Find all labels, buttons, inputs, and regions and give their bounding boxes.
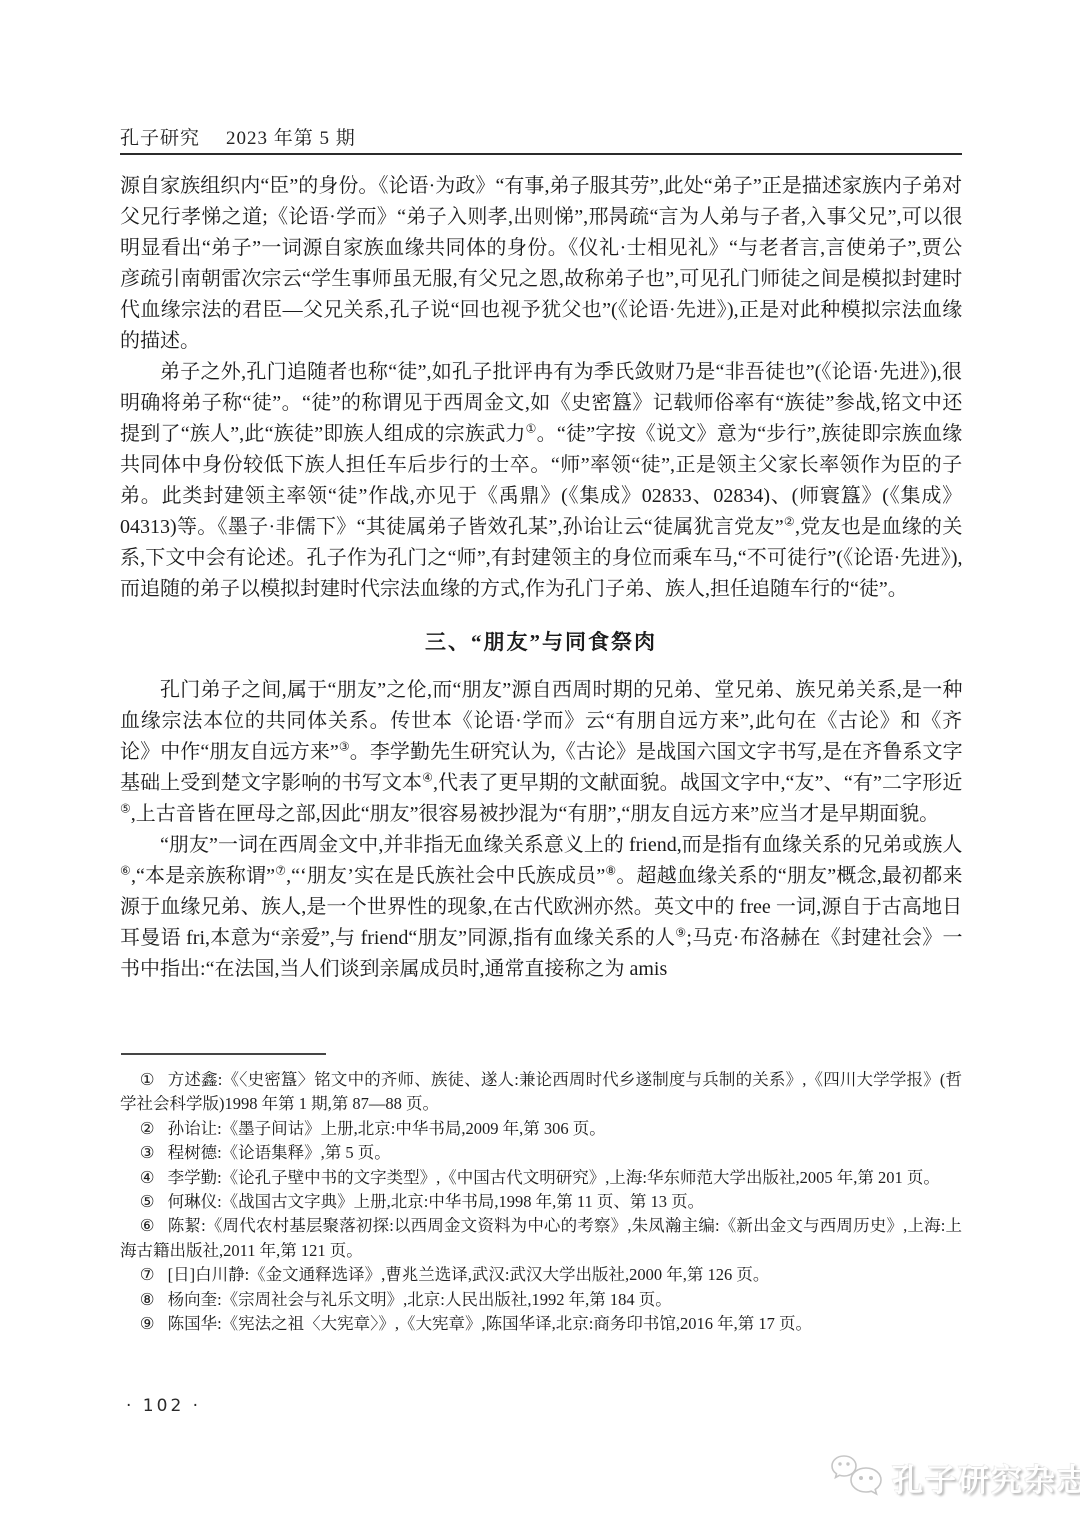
footnote-reference: ③ <box>339 739 350 753</box>
footnote-marker: ③ <box>140 1143 168 1162</box>
footnote-text: 何琳仪:《战国古文字典》上册,北京:中华书局,1998 年,第 11 页、第 1… <box>168 1192 705 1211</box>
section-heading: 三、“朋友”与同食祭肉 <box>120 627 962 658</box>
paragraph: 弟子之外,孔门追随者也称“徒”,如孔子批评冉有为季氏敛财乃是“非吾徒也”(《论语… <box>120 357 962 605</box>
footnote-text: 杨向奎:《宗周社会与礼乐文明》,北京:人民出版社,1992 年,第 184 页。 <box>168 1290 672 1309</box>
paragraph: 源自家族组织内“臣”的身份。《论语·为政》“有事,弟子服其劳”,此处“弟子”正是… <box>120 171 962 357</box>
footnote-divider <box>121 1053 326 1055</box>
watermark-label: 孔子研究杂志 <box>892 1455 1080 1500</box>
footnote-marker: ⑧ <box>140 1290 168 1309</box>
footnote-text: 陈国华:《宪法之祖〈大宪章〉》,《大宪章》,陈国华译,北京:商务印书馆,2016… <box>168 1314 812 1333</box>
footnote-reference: ⑤ <box>120 801 131 815</box>
footnote: ⑥陈絜:《周代农村基层聚落初探:以西周金文资料为中心的考察》,朱凤瀚主编:《新出… <box>120 1214 962 1263</box>
footnote-marker: ⑤ <box>140 1192 168 1211</box>
footnote-text: 李学勤:《论孔子壁中书的文字类型》,《中国古代文明研究》,上海:华东师范大学出版… <box>168 1168 940 1187</box>
footnote: ①方述鑫:《〈史密簋〉铭文中的齐师、族徒、遂人:兼论西周时代乡遂制度与兵制的关系… <box>120 1068 962 1117</box>
footnote-reference: ⑧ <box>605 863 616 877</box>
footnote-text: 方述鑫:《〈史密簋〉铭文中的齐师、族徒、遂人:兼论西周时代乡遂制度与兵制的关系》… <box>120 1070 962 1113</box>
article-body: 源自家族组织内“臣”的身份。《论语·为政》“有事,弟子服其劳”,此处“弟子”正是… <box>120 171 962 985</box>
footnote-marker: ⑦ <box>140 1265 168 1284</box>
footnote-marker: ② <box>140 1119 168 1138</box>
footnote-marker: ① <box>140 1070 168 1089</box>
footnote: ③程树德:《论语集释》,第 5 页。 <box>120 1141 962 1165</box>
wechat-icon <box>830 1454 884 1500</box>
footnote-text: 陈絜:《周代农村基层聚落初探:以西周金文资料为中心的考察》,朱凤瀚主编:《新出金… <box>120 1216 962 1259</box>
footnote: ④李学勤:《论孔子壁中书的文字类型》,《中国古代文明研究》,上海:华东师范大学出… <box>120 1166 962 1190</box>
footnote-reference: ⑦ <box>275 863 286 877</box>
running-head: 孔子研究2023 年第 5 期 <box>120 123 356 150</box>
footnote-marker: ④ <box>140 1168 168 1187</box>
journal-title: 孔子研究 <box>120 128 200 149</box>
footnote: ⑨陈国华:《宪法之祖〈大宪章〉》,《大宪章》,陈国华译,北京:商务印书馆,201… <box>120 1312 962 1336</box>
footnote-reference: ④ <box>422 770 433 784</box>
page-number: · 102 · <box>126 1396 201 1416</box>
footnote-text: [日]白川静:《金文通释选译》,曹兆兰选译,武汉:武汉大学出版社,2000 年,… <box>168 1265 770 1284</box>
watermark: 孔子研究杂志 <box>830 1454 1080 1500</box>
footnote: ⑦[日]白川静:《金文通释选译》,曹兆兰选译,武汉:武汉大学出版社,2000 年… <box>120 1263 962 1287</box>
footnote-marker: ⑥ <box>140 1216 168 1235</box>
footnote: ⑧杨向奎:《宗周社会与礼乐文明》,北京:人民出版社,1992 年,第 184 页… <box>120 1288 962 1312</box>
paragraph: 孔门弟子之间,属于“朋友”之伦,而“朋友”源自西周时期的兄弟、堂兄弟、族兄弟关系… <box>120 675 962 830</box>
footnote-reference: ⑥ <box>120 863 131 877</box>
journal-page: 孔子研究2023 年第 5 期 源自家族组织内“臣”的身份。《论语·为政》“有事… <box>0 0 1080 1526</box>
header-rule <box>120 153 962 155</box>
footnote-text: 程树德:《论语集释》,第 5 页。 <box>168 1143 391 1162</box>
footnote-marker: ⑨ <box>140 1314 168 1333</box>
footnote-reference: ② <box>784 514 795 528</box>
footnote-reference: ⑨ <box>675 925 686 939</box>
footnotes: ①方述鑫:《〈史密簋〉铭文中的齐师、族徒、遂人:兼论西周时代乡遂制度与兵制的关系… <box>120 1068 962 1336</box>
footnote: ②孙诒让:《墨子间诂》上册,北京:中华书局,2009 年,第 306 页。 <box>120 1117 962 1141</box>
paragraph: “朋友”一词在西周金文中,并非指无血缘关系意义上的 friend,而是指有血缘关… <box>120 830 962 985</box>
footnote-text: 孙诒让:《墨子间诂》上册,北京:中华书局,2009 年,第 306 页。 <box>168 1119 606 1138</box>
issue-label: 2023 年第 5 期 <box>226 128 356 149</box>
footnote-reference: ① <box>526 421 537 435</box>
footnote: ⑤何琳仪:《战国古文字典》上册,北京:中华书局,1998 年,第 11 页、第 … <box>120 1190 962 1214</box>
